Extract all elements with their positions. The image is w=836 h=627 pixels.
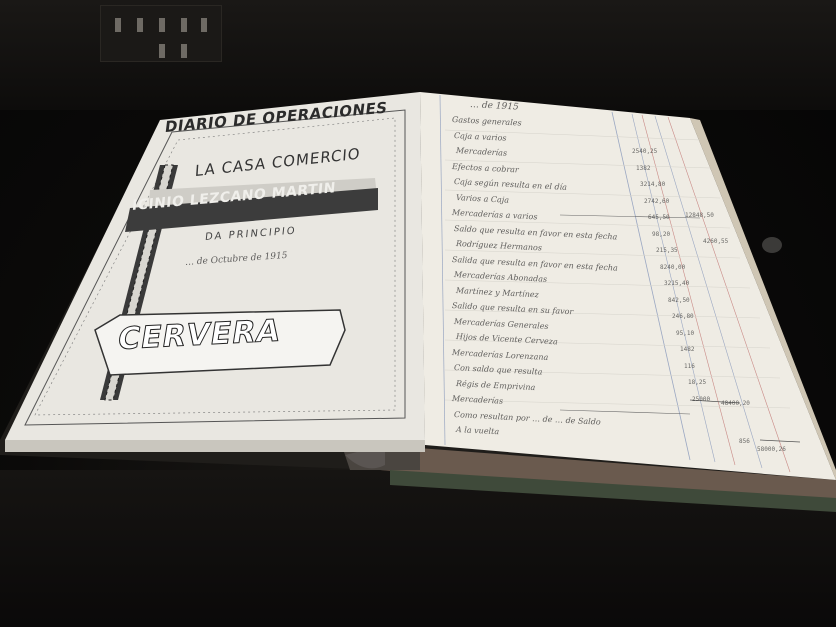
ledger-book [0,0,836,627]
amount-credit: 58000,26 [757,446,786,453]
amount-credit: 856 [739,438,750,445]
amount-debit: 8240,00 [660,264,685,271]
amount-credit: 12848,50 [685,212,714,219]
amount-debit: 842,50 [668,297,690,304]
amount-debit: 95,10 [676,330,694,337]
amount-credit: 48400,20 [721,400,750,407]
amount-debit: 18,25 [688,379,706,386]
amount-credit: 4260,55 [703,238,728,245]
amount-debit: 246,80 [672,313,694,320]
amount-debit: 215,35 [656,247,678,254]
amount-debit: 2540,25 [632,148,657,155]
amount-debit: 2742,60 [644,198,669,205]
amount-debit: 1382 [636,165,650,172]
amount-debit: 1482 [680,346,694,353]
amount-debit: 3214,80 [640,181,665,188]
amount-debit: 645,50 [648,214,670,221]
amount-debit: 116 [684,363,695,370]
amount-debit: 3215,40 [664,280,689,287]
amount-debit: 98,20 [652,231,670,238]
amount-debit: 25000 [692,396,710,403]
